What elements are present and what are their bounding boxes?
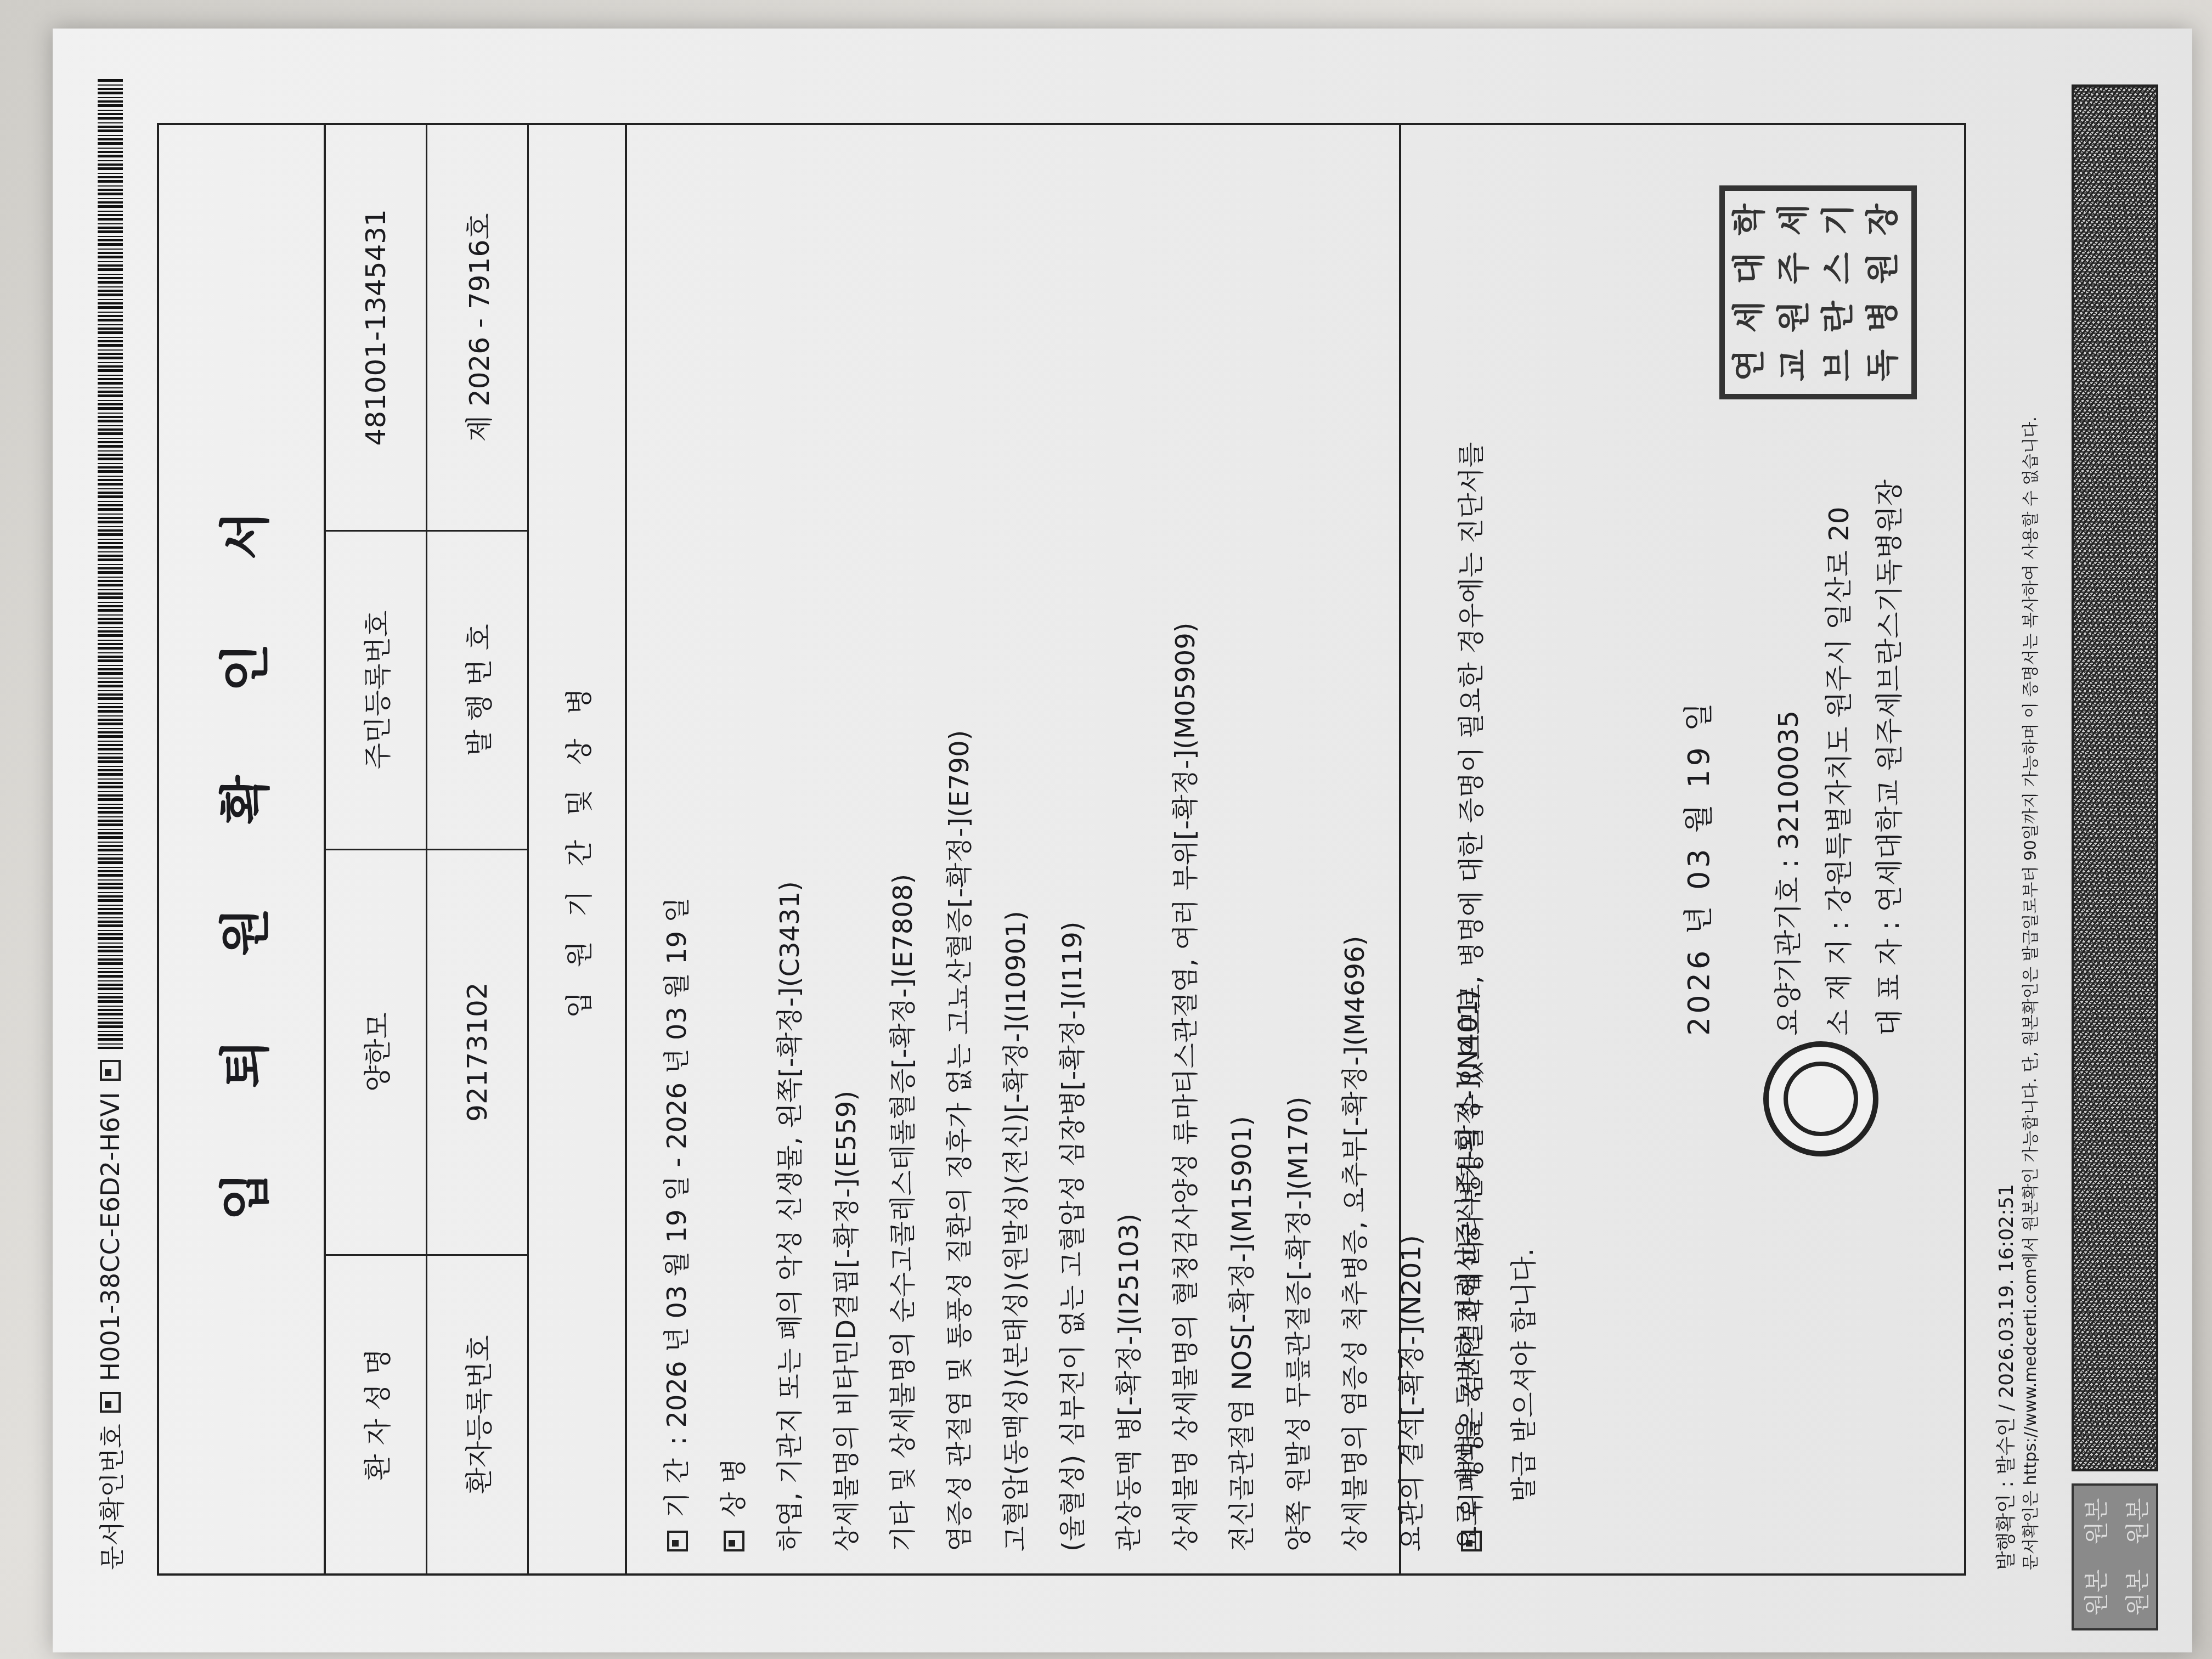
diagnosis-item: 상세불명의 염증성 척추병증, 요추부[-확정-](M4696)	[1327, 147, 1384, 1551]
document-frame: 입 퇴 원 확 인 서 환 자 성 명 양한모 주민등록번호 481001-13…	[157, 123, 1966, 1576]
seal-char: 란	[1819, 294, 1861, 340]
seal-char: 장	[1864, 196, 1906, 243]
checkbox-icon	[100, 1392, 121, 1413]
doc-check-label: 문서확인번호	[92, 1424, 128, 1570]
inst-code-label: 요양기관기호	[1773, 877, 1804, 1036]
seal-char: 원	[1775, 294, 1817, 340]
diagnosis-item: 양쪽 원발성 무릎관절증[-확정-](M170)	[1271, 147, 1327, 1551]
original-mark: 원본	[2118, 1557, 2153, 1628]
hospital-seal-icon: 연세대학교원주세브란스기독병원장	[1719, 185, 1917, 399]
security-pattern	[2072, 84, 2158, 1471]
document-paper: 문서확인번호 H001-38CC-E6D2-H6VI 입 퇴 원 확 인 서 환…	[53, 29, 2192, 1652]
patient-info-table: 환 자 성 명 양한모 주민등록번호 481001-1345431 환자등록번호…	[326, 125, 529, 1573]
university-seal-icon	[1763, 1041, 1878, 1156]
seal-char: 세	[1775, 196, 1817, 243]
checkbox-icon	[724, 1531, 744, 1551]
checkbox-icon	[1461, 1531, 1482, 1551]
seal-char: 병	[1864, 294, 1906, 340]
patient-name: 양한모	[326, 849, 427, 1255]
period-diagnosis-body: 기 간 : 2026 년 03 월 19 일 - 2026 년 03 월 19 …	[627, 125, 1497, 1573]
issue-check: 발행확인 : 발수인 / 2026.03.19. 16:02:51	[1995, 199, 2019, 1570]
period-row: 기 간 : 2026 년 03 월 19 일 - 2026 년 03 월 19 …	[649, 147, 706, 1551]
seal-char: 대	[1730, 245, 1773, 292]
document-check-line: 문서확인번호 H001-38CC-E6D2-H6VI	[91, 78, 129, 1570]
rep-label: 대 표 자	[1874, 939, 1905, 1036]
seal-char: 독	[1864, 342, 1906, 389]
section-heading: 입 원 기 간 및 상 병	[529, 125, 627, 1573]
patient-reg-label: 환자등록번호	[427, 1255, 528, 1573]
seal-char: 브	[1819, 342, 1861, 389]
issue-no: 제 2026 - 7916호	[427, 125, 528, 531]
footer: 발행확인 : 발수인 / 2026.03.19. 16:02:51 문서확인은 …	[1995, 199, 2043, 1570]
diagnosis-item: (울혈성) 심부전이 없는 고혈압성 심장병[-확정-](I119)	[1045, 147, 1101, 1551]
original-mark: 원본	[2077, 1557, 2112, 1628]
address: 강원특별자치도 원주시 일산로 20	[1823, 506, 1855, 912]
diagnosis-heading-row: 상 병	[706, 147, 762, 1551]
seal-char: 기	[1819, 196, 1861, 243]
patient-reg: 92173102	[427, 849, 528, 1255]
diagnosis-item: 하엽, 기관지 또는 폐의 악성 신생물, 왼쪽[-확정-](C3431)	[762, 147, 819, 1551]
seal-char: 원	[1864, 245, 1906, 292]
inst-code: 32100035	[1773, 710, 1804, 850]
resident-reg: 481001-1345431	[326, 125, 427, 531]
issue-no-label: 발 행 번 호	[427, 531, 528, 849]
checkbox-icon	[667, 1531, 688, 1551]
seal-char: 교	[1775, 342, 1817, 389]
original-watermark: 원본원본원본원본	[2072, 1483, 2158, 1630]
issuer-block: 요양기관기호 : 32100035 소 재 지 : 강원특별자치도 원주시 일산…	[1763, 479, 1915, 1036]
notice-line-2: 발급 받으셔야 합니다.	[1498, 147, 1550, 1551]
seal-char: 세	[1730, 294, 1773, 340]
diagnosis-item: 상세불명 상세불명의 혈청검사양성 류마티스관절염, 여러 부위[-확정-](M…	[1158, 147, 1214, 1551]
issue-date: 2026 년 03 월 19 일	[1675, 699, 1718, 1036]
original-mark: 원본	[2077, 1486, 2112, 1557]
diagnosis-item: 전신골관절염 NOS[-확정-](M15901)	[1214, 147, 1271, 1551]
seal-char: 연	[1730, 342, 1773, 389]
seal-char: 스	[1819, 245, 1861, 292]
diagnosis-item: 기타 및 상세불명의 순수고콜레스테롤혈증[-확정-](E7808)	[875, 147, 932, 1551]
document-title: 입 퇴 원 확 인 서	[159, 125, 326, 1573]
seal-char: 주	[1775, 245, 1817, 292]
diagnosis-label: 상 병	[706, 1458, 762, 1517]
resident-reg-label: 주민등록번호	[326, 531, 427, 849]
seal-char: 학	[1730, 196, 1773, 243]
notice-area: 위 병명은 검사결과에 따라 변경될 수 있으므로, 병명에 대한 증명이 필요…	[1399, 125, 1964, 1573]
doc-check-number: H001-38CC-E6D2-H6VI	[95, 1092, 125, 1381]
diagnosis-item: 염증성 관절염 및 통풍성 질환의 징후가 없는 고뇨산혈증[-확정-](E79…	[932, 147, 988, 1551]
original-mark: 원본	[2118, 1486, 2153, 1557]
checkbox-icon	[100, 1060, 121, 1081]
address-label: 소 재 지	[1823, 939, 1855, 1036]
barcode	[98, 78, 123, 1049]
rep: 연세대학교 원주세브란스기독병원장	[1874, 479, 1905, 912]
period-label: 기 간	[649, 1458, 706, 1517]
period-value: : 2026 년 03 월 19 일 - 2026 년 03 월 19 일	[649, 897, 706, 1445]
notice: 위 병명은 검사결과에 따라 변경될 수 있으므로, 병명에 대한 증명이 필요…	[1401, 125, 1550, 1573]
verify-text: 문서확인은 https://www.medcerti.com에서 원본확인 가능…	[2019, 199, 2043, 1570]
notice-line-1: 위 병명은 검사결과에 따라 변경될 수 있으므로, 병명에 대한 증명이 필요…	[1445, 442, 1498, 1517]
diagnosis-item: 상세불명의 비타민D결핍[-확정-](E559)	[819, 147, 875, 1551]
diagnosis-item: 관상동맥 병[-확정-](I25103)	[1101, 147, 1158, 1551]
diagnosis-item: 고혈압(동맥성)(본태성)(원발성)(전신)[-확정-](I10901)	[988, 147, 1045, 1551]
diagnosis-list: 하엽, 기관지 또는 폐의 악성 신생물, 왼쪽[-확정-](C3431)상세불…	[762, 147, 1497, 1551]
patient-name-label: 환 자 성 명	[326, 1255, 427, 1573]
